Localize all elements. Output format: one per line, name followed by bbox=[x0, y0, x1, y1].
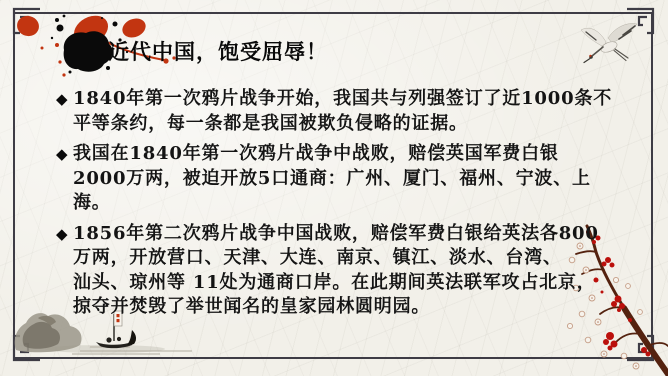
bullet-line: 万两，开放营口、天津、大连、南京、镇江、淡水、台湾、 bbox=[73, 246, 626, 271]
presentation-slide: 近代中国，饱受屈辱！ ◆1840年第一次鸦片战争开始，我国共与列强签订了近100… bbox=[0, 0, 668, 376]
bullet-diamond-marker: ◆ bbox=[56, 87, 73, 112]
bullet-line: ◆1856年第二次鸦片战争中国战败，赔偿军费白银给英法各800 bbox=[73, 222, 626, 247]
bullet-line: 2000万两，被迫开放5口通商：广州、厦门、福州、宁波、上 bbox=[73, 167, 626, 192]
bullet-diamond-marker: ◆ bbox=[56, 222, 73, 247]
bullet-item: ◆1840年第一次鸦片战争开始，我国共与列强签订了近1000条不平等条约，每一条… bbox=[56, 87, 626, 136]
bullet-item: ◆1856年第二次鸦片战争中国战败，赔偿军费白银给英法各800万两，开放营口、天… bbox=[56, 222, 626, 320]
bullet-line: 平等条约，每一条都是我国被欺负侵略的证据。 bbox=[73, 112, 626, 137]
frame-corner-ornament-icon bbox=[625, 330, 661, 366]
frame-corner-ornament-icon bbox=[6, 3, 42, 39]
bullet-line: 海。 bbox=[73, 191, 626, 216]
bullet-line: ◆我国在1840年第一次鸦片战争中战败，赔偿英国军费白银 bbox=[73, 142, 626, 167]
bullet-line: 汕头、琼州等 11处为通商口岸。在此期间英法联军攻占北京， bbox=[73, 271, 626, 296]
bullet-diamond-marker: ◆ bbox=[56, 142, 73, 167]
frame-corner-ornament-icon bbox=[6, 330, 42, 366]
bullet-list: ◆1840年第一次鸦片战争开始，我国共与列强签订了近1000条不平等条约，每一条… bbox=[56, 87, 626, 326]
bullet-line: 掠夺并焚毁了举世闻名的皇家园林圆明园。 bbox=[73, 295, 626, 320]
frame-corner-ornament-icon bbox=[625, 3, 661, 39]
slide-title: 近代中国，饱受屈辱！ bbox=[108, 36, 328, 66]
bullet-item: ◆我国在1840年第一次鸦片战争中战败，赔偿英国军费白银2000万两，被迫开放5… bbox=[56, 142, 626, 216]
bullet-line: ◆1840年第一次鸦片战争开始，我国共与列强签订了近1000条不 bbox=[73, 87, 626, 112]
